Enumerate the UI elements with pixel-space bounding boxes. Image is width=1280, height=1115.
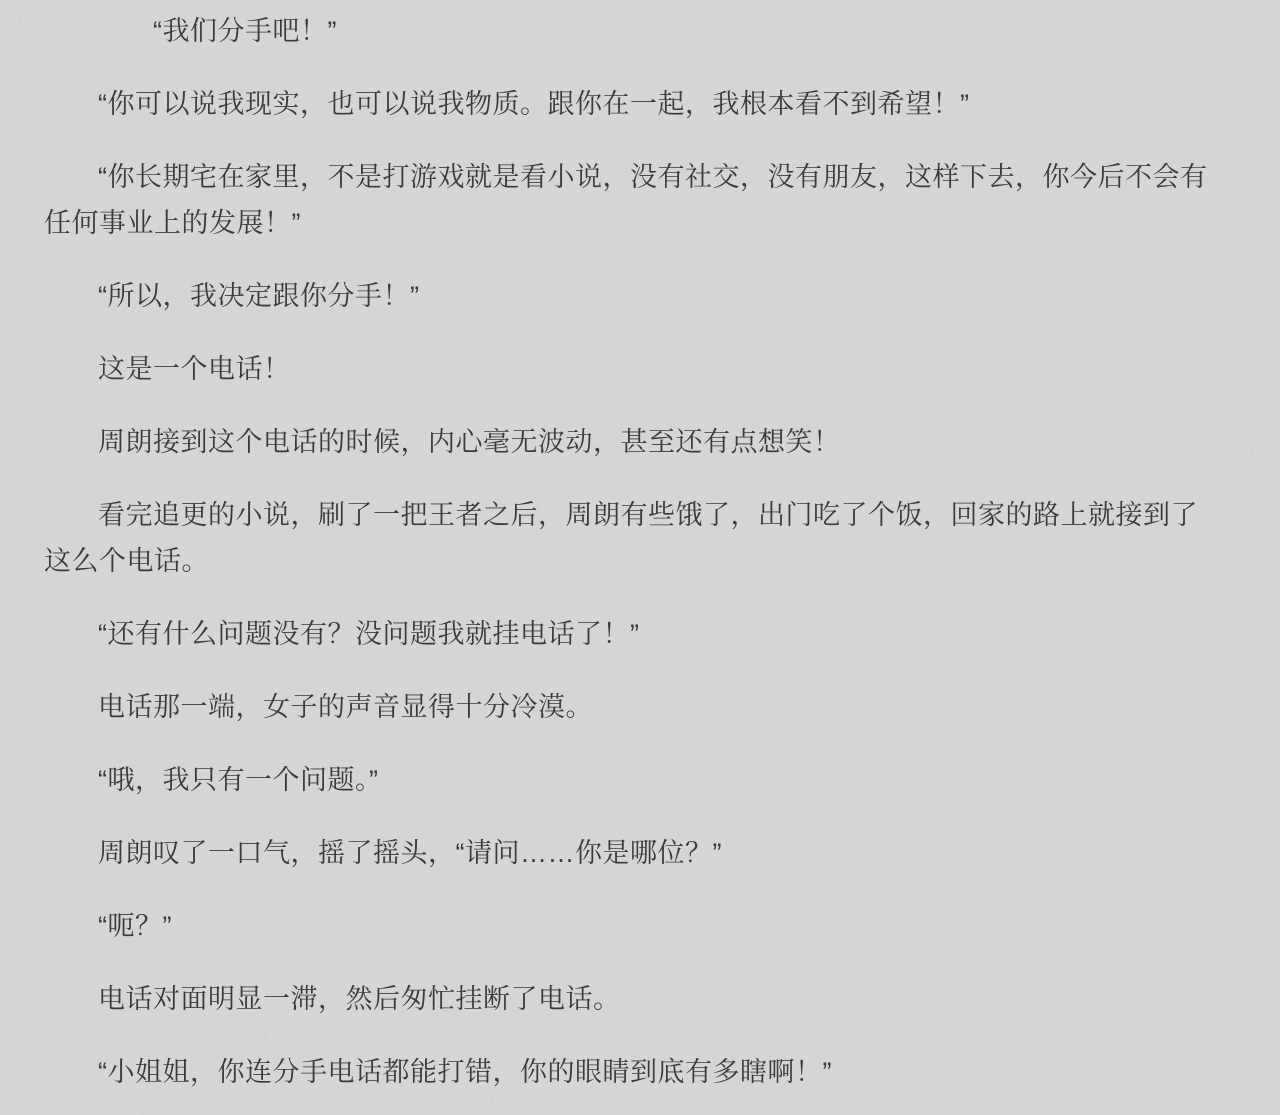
paragraph: 电话那一端，女子的声音显得十分冷漠。 <box>44 684 1236 730</box>
paragraph: 周朗接到这个电话的时候，内心毫无波动，甚至还有点想笑！ <box>44 419 1236 465</box>
novel-text: “我们分手吧！”“你可以说我现实，也可以说我物质。跟你在一起，我根本看不到希望！… <box>0 0 1280 1095</box>
paragraph: 电话对面明显一滞，然后匆忙挂断了电话。 <box>44 976 1236 1022</box>
paragraph: “小姐姐，你连分手电话都能打错，你的眼睛到底有多瞎啊！” <box>44 1049 1236 1095</box>
paragraph: “呃？” <box>44 903 1236 949</box>
paragraph: “你可以说我现实，也可以说我物质。跟你在一起，我根本看不到希望！” <box>44 81 1236 127</box>
paragraph: 周朗叹了一口气，摇了摇头，“请问……你是哪位？” <box>44 830 1236 876</box>
novel-page: “我们分手吧！”“你可以说我现实，也可以说我物质。跟你在一起，我根本看不到希望！… <box>0 0 1280 1115</box>
paragraph: “所以，我决定跟你分手！” <box>44 273 1236 319</box>
paragraph: “你长期宅在家里，不是打游戏就是看小说，没有社交，没有朋友，这样下去，你今后不会… <box>44 154 1236 246</box>
paragraph: “还有什么问题没有？没问题我就挂电话了！” <box>44 611 1236 657</box>
paragraph: 看完追更的小说，刷了一把王者之后，周朗有些饿了，出门吃了个饭，回家的路上就接到了… <box>44 492 1236 584</box>
paragraph: “哦，我只有一个问题。” <box>44 757 1236 803</box>
paragraph: 这是一个电话！ <box>44 346 1236 392</box>
paragraph: “我们分手吧！” <box>44 8 1236 54</box>
